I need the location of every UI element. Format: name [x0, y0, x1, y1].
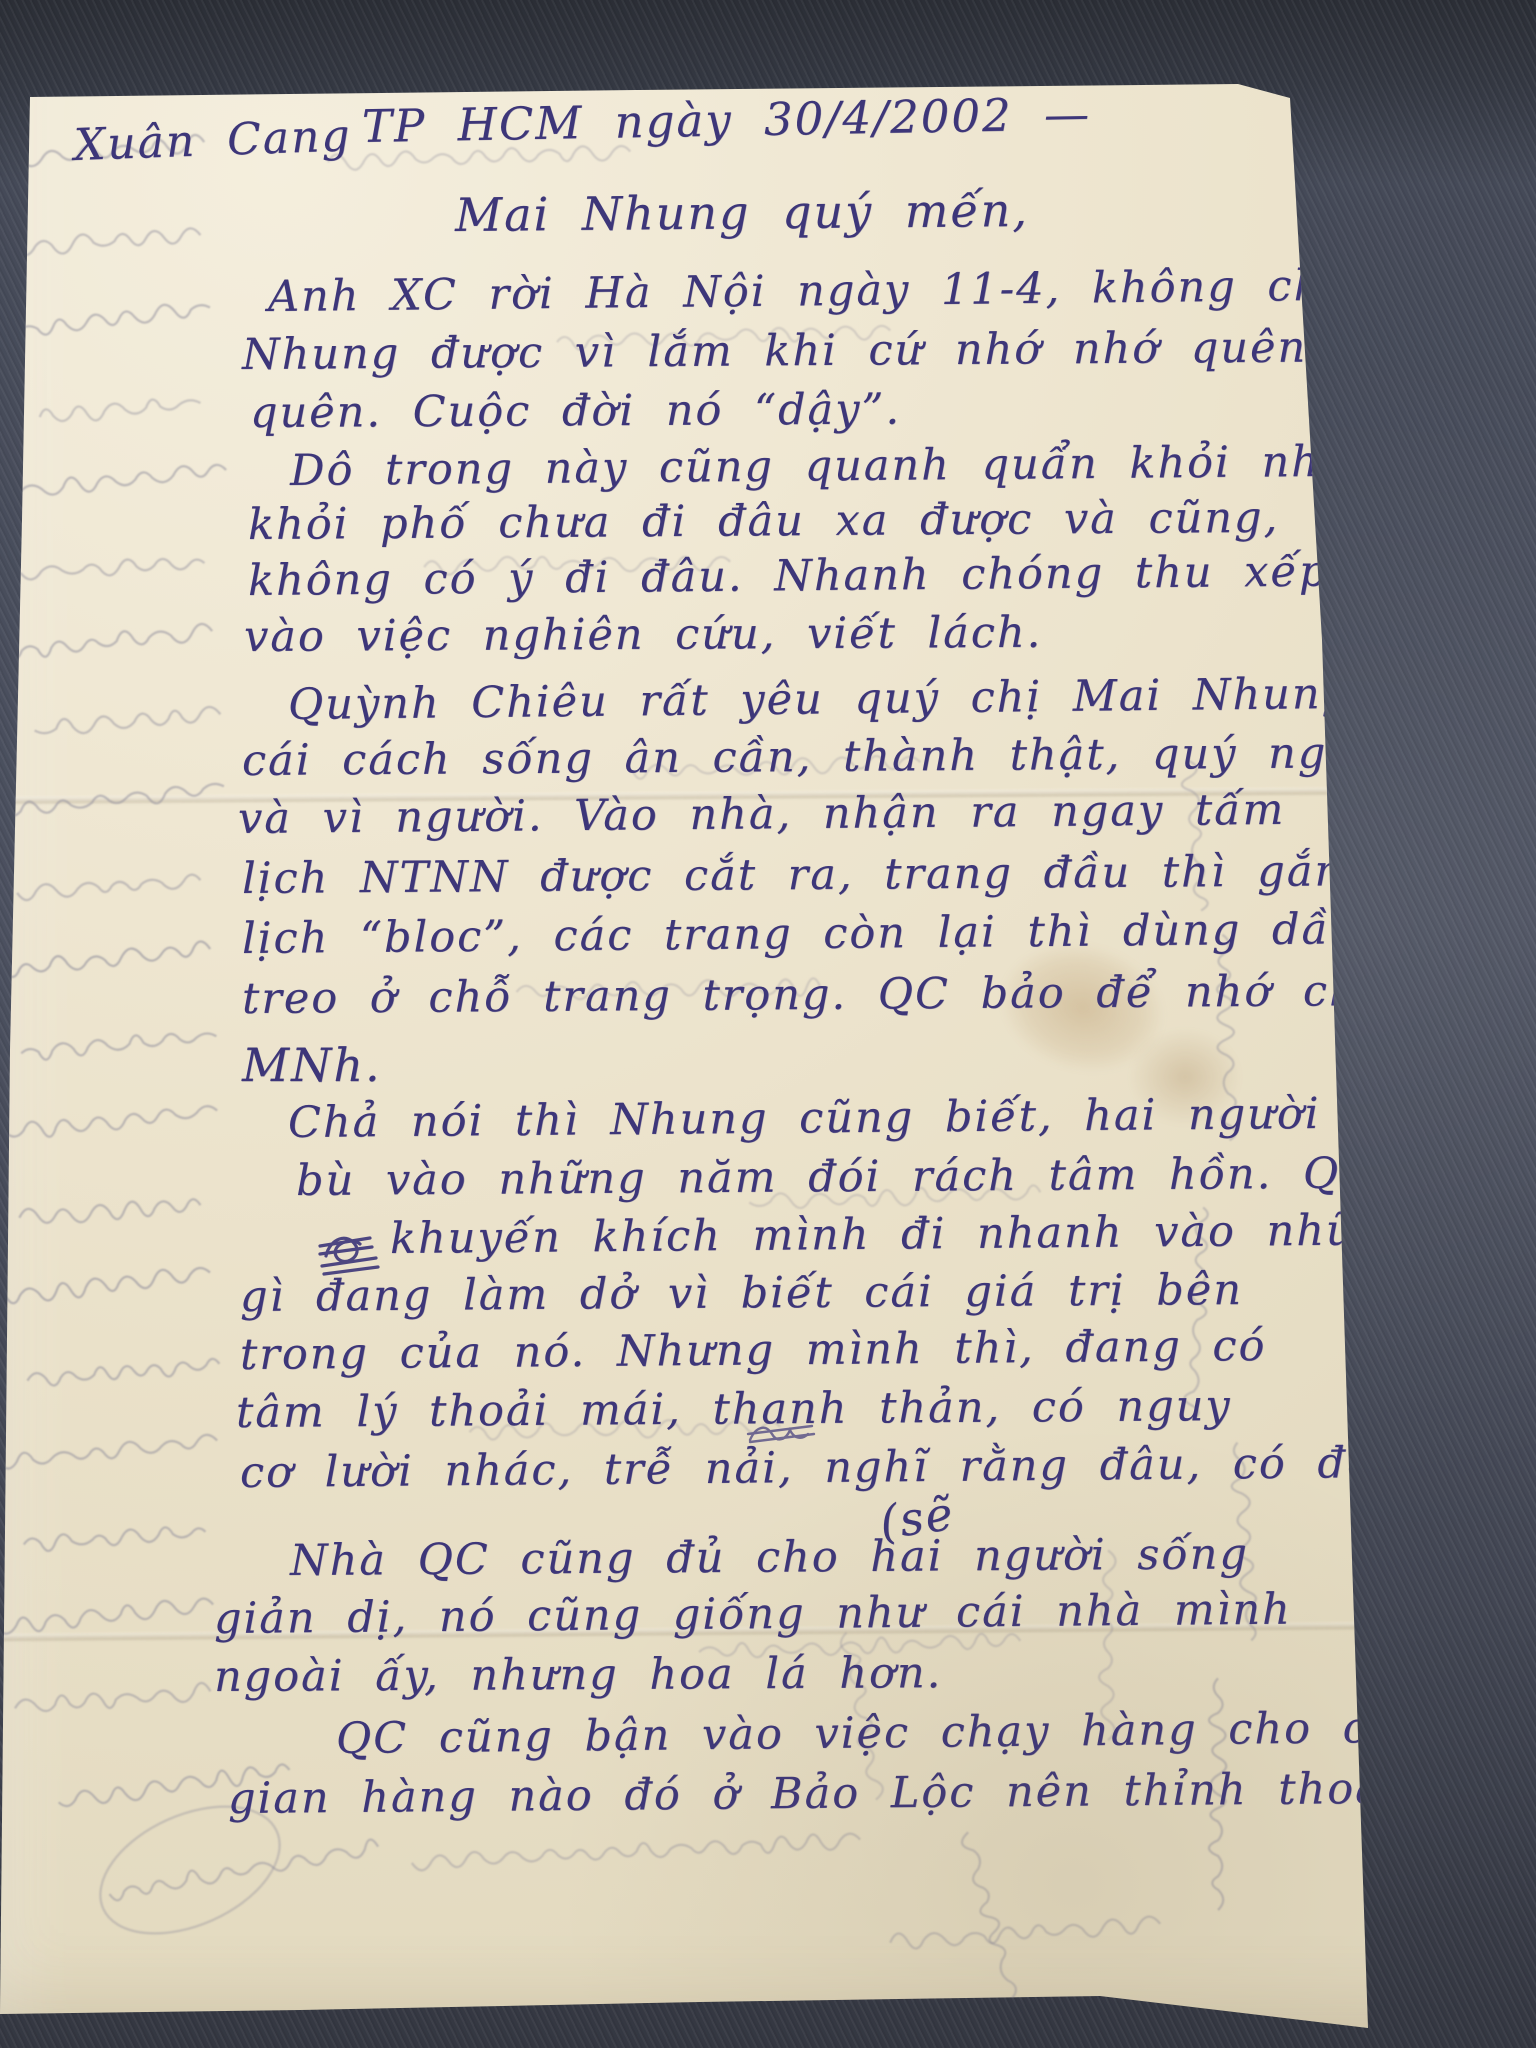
handwritten-line: ngoài ấy, nhưng hoa lá hơn.: [214, 1648, 943, 1702]
handwritten-line: và vì người. Vào nhà, nhận ra ngay tấm: [238, 785, 1286, 844]
dateline: TP HCM ngày 30/4/2002 —: [362, 87, 1092, 153]
paper-stain-small: [1110, 1012, 1260, 1142]
fold-crease-top: [0, 787, 1380, 804]
handwritten-line: gì đang làm dở vì biết cái giá trị bên: [240, 1265, 1243, 1322]
handwritten-line: vào việc nghiên cứu, viết lách.: [244, 608, 1043, 662]
handwritten-line: khỏi phố chưa đi đâu xa được và cũng,: [248, 493, 1280, 550]
handwritten-line: lịch “bloc”, các trang còn lại thì dùng …: [242, 904, 1376, 964]
handwritten-line: tâm lý thoải mái, thanh thản, có nguy: [236, 1381, 1232, 1438]
handwritten-line: Quỳnh Chiêu rất yêu quý chị Mai Nhung ở: [288, 668, 1410, 730]
handwritten-line: MNh.: [242, 1038, 382, 1092]
handwritten-line: quên. Cuộc đời nó “dậy”.: [250, 385, 901, 438]
handwritten-line: không có ý đi đâu. Nhanh chóng thu xếp: [248, 547, 1329, 606]
handwritten-line: bù vào những năm đói rách tâm hồn. QC: [296, 1148, 1375, 1206]
sender-name: Xuân Cang: [73, 110, 352, 171]
handwritten-line: Chả nói thì Nhung cũng biết, hai người s…: [288, 1088, 1463, 1148]
handwritten-line: gian hàng nào đó ở Bảo Lộc nên thỉnh tho…: [228, 1763, 1442, 1824]
handwritten-line: cơ lười nhác, trễ nải, nghĩ rằng đâu, có…: [240, 1438, 1390, 1498]
handwritten-line: giản dị, nó cũng giống như cái nhà mình: [214, 1585, 1292, 1644]
handwritten-line: treo ở chỗ trang trọng. QC bảo để nhớ ch…: [242, 966, 1375, 1024]
handwritten-line: trong của nó. Nhưng mình thì, đang có: [240, 1321, 1267, 1380]
letter-photo: Xuân CangTP HCM ngày 30/4/2002 —Mai Nhun…: [0, 0, 1536, 2048]
scratched-word-above-line: [746, 1416, 826, 1456]
handwritten-line: Nhung được vì lắm khi cứ nhớ nhớ quên: [242, 323, 1307, 380]
inserted-word: (sẽ: [876, 1486, 958, 1550]
paper-stain: [958, 901, 1207, 1113]
handwritten-line: Nhà QC cũng đủ cho hai người sống: [290, 1529, 1249, 1586]
handwritten-line: cái cách sống ân cần, thành thật, quý ng…: [242, 728, 1401, 786]
fold-crease-bottom: [0, 1622, 1380, 1641]
handwritten-line: lịch NTNN được cắt ra, trang đầu thì gắn: [242, 846, 1344, 904]
salutation: Mai Nhung quý mến,: [455, 183, 1029, 242]
handwritten-line: khuyến khích mình đi nhanh vào những: [390, 1205, 1415, 1264]
handwritten-line: Dô trong này cũng quanh quẩn khỏi nhà,: [290, 437, 1365, 496]
scribbled-out-word: [318, 1226, 408, 1286]
handwritten-line: QC cũng bận vào việc chạy hàng cho cái: [336, 1703, 1413, 1764]
handwritten-line: Anh XC rời Hà Nội ngày 11-4, không chào: [268, 260, 1379, 322]
